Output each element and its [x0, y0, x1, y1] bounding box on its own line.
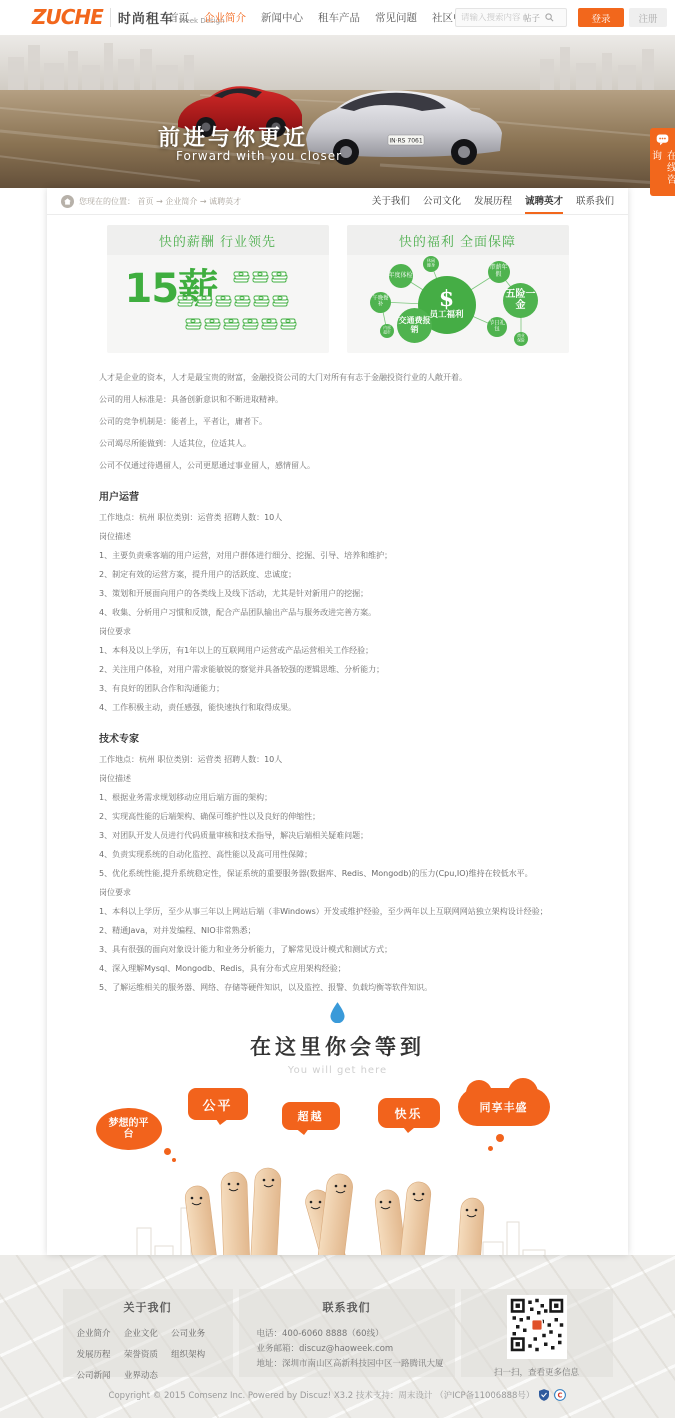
salary-perk-box: 快的薪酬 行业领先 15薪	[107, 225, 329, 353]
tab-contact[interactable]: 联系我们	[576, 188, 614, 214]
job-desc-item: 2、制定有效的运营方案，提升用户的活跃度、忠诚度；	[99, 569, 576, 581]
bubble-dot	[488, 1146, 493, 1151]
footer-link-history[interactable]: 发展历程	[77, 1348, 124, 1360]
search-category-dropdown[interactable]: 帖子	[523, 12, 540, 24]
footer-link-structure[interactable]: 组织架构	[171, 1348, 218, 1360]
svg-text:C: C	[558, 1392, 563, 1400]
job-meta: 工作地点：杭州 职位类别：运营类 招聘人数：10人	[99, 754, 576, 766]
security-shield-badge-icon[interactable]	[539, 1389, 549, 1401]
copyright-bar: Copyright © 2015 Comsenz Inc. Powered by…	[0, 1389, 675, 1401]
job-req-item: 1、本科及以上学历，有1年以上的互联网用户运营或产品运营相关工作经验；	[99, 645, 576, 657]
salary-perk-title: 快的薪酬 行业领先	[107, 225, 329, 255]
benefit-bubble-checkup: 年度体检	[389, 264, 413, 288]
welfare-perk-box: 快的福利 全面保障 $ 员工福利 年度体检	[347, 225, 569, 353]
fingers	[183, 1167, 484, 1255]
nav-item-home[interactable]: 首页	[168, 10, 189, 25]
footer-about-panel: 关于我们 企业简介 企业文化 公司业务 发展历程 荣誉资质 组织架构 公司新闻 …	[63, 1289, 233, 1377]
banner-scene: IN·RS 7061	[0, 35, 675, 188]
money-stack-icon	[234, 295, 251, 307]
money-stack-icon	[253, 295, 270, 307]
money-stack-row	[185, 318, 297, 330]
job-desc-item: 4、收集、分析用户习惯和反馈，配合产品团队输出产品与服务改进完善方案。	[99, 607, 576, 619]
license-plate: IN·RS 7061	[389, 138, 423, 145]
job-desc-label: 岗位描述	[99, 773, 576, 785]
money-stack-icon	[280, 318, 297, 330]
speech-bubble-fairness: 公平	[188, 1088, 248, 1120]
money-stack-icon	[252, 271, 269, 283]
home-icon	[61, 195, 74, 208]
footer-about-title: 关于我们	[63, 1299, 233, 1315]
money-stack-icon	[261, 318, 278, 330]
dollar-symbol: $	[439, 289, 454, 309]
expect-title: 在这里你会等到	[47, 1031, 628, 1061]
nav-item-products[interactable]: 租车产品	[318, 10, 360, 25]
money-stack-icon	[223, 318, 240, 330]
job-meta: 工作地点：杭州 职位类别：运营类 招聘人数：10人	[99, 512, 576, 524]
benefit-bubble-transport: 交通费报销	[397, 308, 432, 343]
nav-item-faq[interactable]: 常见问题	[375, 10, 417, 25]
top-navigation-bar: ZUCHE 时尚租车 Week Design 首页 企业简介 新闻中心 租车产品…	[0, 0, 675, 35]
speech-bubble-happiness: 快乐	[378, 1098, 440, 1128]
logo-text-en: ZUCHE	[32, 5, 103, 29]
job-req-item: 4、工作积极主动，责任感强，能快速执行和取得成果。	[99, 702, 576, 714]
online-consult-button[interactable]: 在线咨询	[650, 128, 675, 196]
section-tabs: 关于我们 公司文化 发展历程 诚聘英才 联系我们	[372, 188, 614, 214]
nav-item-company[interactable]: 企业简介	[204, 10, 246, 25]
money-stack-row	[177, 295, 289, 307]
water-drop-icon	[330, 1002, 345, 1023]
footer-contact-title: 联系我们	[239, 1299, 455, 1315]
job-title: 用户运营	[99, 488, 576, 503]
welfare-bubble-chart: $ 员工福利 年度体检 休闲健身 午晚餐补 内部超市 交通费报销 带薪年假 五险…	[347, 255, 569, 353]
footer-panels: 关于我们 企业简介 企业文化 公司业务 发展历程 荣誉资质 组织架构 公司新闻 …	[0, 1255, 675, 1377]
job-desc-label: 岗位描述	[99, 531, 576, 543]
page: ZUCHE 时尚租车 Week Design 首页 企业简介 新闻中心 租车产品…	[0, 0, 675, 1418]
benefit-bubble-meal: 午晚餐补	[370, 292, 391, 313]
qr-code	[507, 1295, 567, 1359]
job-req-item: 5、了解运维相关的服务器、网络、存储等硬件知识，以及监控、报警、负载均衡等软件知…	[99, 982, 576, 994]
job-listing-tech-expert: 技术专家 工作地点：杭州 职位类别：运营类 招聘人数：10人 岗位描述 1、根据…	[99, 730, 576, 994]
job-req-label: 岗位要求	[99, 887, 576, 899]
intro-paragraph: 人才是企业的资本，人才是最宝贵的财富，金融投资公司的大门对所有有志于金融投资行业…	[99, 371, 576, 384]
job-listing-user-operations: 用户运营 工作地点：杭州 职位类别：运营类 招聘人数：10人 岗位描述 1、主要…	[99, 488, 576, 714]
banner-title: 前进与你更近	[158, 121, 308, 152]
logo-brand: 时尚租车	[118, 12, 174, 27]
cloud-bubble-share: 同享丰盛	[458, 1088, 550, 1126]
job-req-item: 3、具有很强的面向对象设计能力和业务分析能力，了解常见设计模式和测试方式；	[99, 944, 576, 956]
content-card: 您现在的位置： 首页 → 企业简介 → 诚聘英才 关于我们 公司文化 发展历程 …	[47, 188, 628, 1255]
breadcrumb-separator: →	[200, 197, 207, 206]
bubble-dot	[496, 1134, 504, 1142]
footer-link-industry[interactable]: 业界动态	[124, 1369, 171, 1381]
thought-bubble-dream: 梦想的平台	[96, 1108, 162, 1150]
intro-paragraph: 公司不仅通过待遇留人，公司更愿通过事业留人，感情留人。	[99, 459, 576, 472]
main-nav: 首页 企业简介 新闻中心 租车产品 常见问题 社区中心	[168, 0, 474, 35]
footer-link-honors[interactable]: 荣誉资质	[124, 1348, 171, 1360]
breadcrumb-link-company[interactable]: 企业简介	[165, 197, 197, 206]
job-desc-item: 3、对团队开发人员进行代码质量审核和技术指导，解决后端相关疑难问题；	[99, 830, 576, 842]
footer-contact-panel: 联系我们 电话：400-6060 8888（60线） 业务邮箱：discuz@h…	[239, 1289, 455, 1377]
job-desc-item: 3、策划和开展面向用户的各类线上及线下活动，尤其是针对新用户的挖掘；	[99, 588, 576, 600]
benefit-bubble-commercial-ins: 商业保险	[514, 332, 528, 346]
money-stack-icon	[204, 318, 221, 330]
bubble-dot	[172, 1158, 176, 1162]
benefit-bubble-store: 内部超市	[380, 324, 394, 338]
expect-subtitle: You will get here	[47, 1065, 628, 1076]
finger-family-illustration	[47, 1162, 628, 1255]
breadcrumb: 您现在的位置： 首页 → 企业简介 → 诚聘英才	[61, 195, 372, 208]
tab-history[interactable]: 发展历程	[474, 188, 512, 214]
benefit-center-label: 员工福利	[429, 311, 463, 321]
company-intro: 人才是企业的资本，人才是最宝贵的财富，金融投资公司的大门对所有有志于金融投资行业…	[99, 371, 576, 472]
contact-email: 业务邮箱：discuz@haoweek.com	[239, 1342, 455, 1357]
nav-item-news[interactable]: 新闻中心	[261, 10, 303, 25]
job-desc-item: 1、根据业务需求规划移动应用后端方面的架构；	[99, 792, 576, 804]
footer-link-culture[interactable]: 企业文化	[124, 1327, 171, 1339]
money-stack-icon	[215, 295, 232, 307]
money-stack-icon	[271, 271, 288, 283]
benefit-bubble-holiday-gift: 节日礼包	[487, 317, 507, 337]
login-button[interactable]: 登录	[578, 8, 624, 27]
hero-banner: IN·RS 7061 前进与你更近 Forward with you close…	[0, 35, 675, 188]
job-desc-item: 1、主要负责乘客端的用户运营，对用户群体进行细分、挖掘、引导、培养和维护；	[99, 550, 576, 562]
breadcrumb-text: 您现在的位置： 首页 → 企业简介 → 诚聘英才	[79, 196, 241, 207]
job-req-item: 3、有良好的团队合作和沟通能力；	[99, 683, 576, 695]
breadcrumb-separator: →	[156, 197, 163, 206]
footer-qr-panel: 扫一扫，查看更多信息	[461, 1289, 613, 1377]
job-req-label: 岗位要求	[99, 626, 576, 638]
job-desc-item: 5、优化系统性能,提升系统稳定性，保证系统的重要服务器(数据库、Redis、Mo…	[99, 868, 576, 880]
intro-paragraph: 公司竭尽所能做到：人适其位，位适其人。	[99, 437, 576, 450]
intro-paragraph: 公司的竞争机制是：能者上，平者让，庸者下。	[99, 415, 576, 428]
contact-address: 地址：深圳市南山区高新科技园中区一路腾讯大厦	[239, 1357, 455, 1372]
money-stack-icon	[233, 271, 250, 283]
benefit-bubble-fitness: 休闲健身	[423, 256, 439, 272]
welfare-perk-title: 快的福利 全面保障	[347, 225, 569, 255]
money-stack-icon	[177, 295, 194, 307]
footer-link-business[interactable]: 公司业务	[171, 1327, 218, 1339]
breadcrumb-prefix: 您现在的位置：	[79, 197, 135, 206]
job-title: 技术专家	[99, 730, 576, 745]
perks-section: 快的薪酬 行业领先 15薪	[47, 225, 628, 353]
expect-bubbles: 梦想的平台 公平 超越 快乐 同享丰盛	[68, 1086, 608, 1168]
money-stack-icon	[272, 295, 289, 307]
job-req-item: 2、关注用户体验，对用户需求能敏锐的察觉并具备较强的逻辑思维、分析能力；	[99, 664, 576, 676]
register-button[interactable]: 注册	[629, 8, 667, 27]
job-desc-item: 4、负责实现系统的自动化监控、高性能以及高可用性保障；	[99, 849, 576, 861]
contact-phone: 电话：400-6060 8888（60线）	[239, 1327, 455, 1342]
consult-label: 在线咨询	[648, 150, 675, 196]
footer-about-links: 企业简介 企业文化 公司业务 发展历程 荣誉资质 组织架构 公司新闻 业界动态	[63, 1327, 233, 1381]
salary-perk-body: 15薪	[107, 255, 329, 353]
job-req-item: 1、本科以上学历，至少从事三年以上网站后端（非Windows）开发或维护经验，至…	[99, 906, 576, 918]
qr-caption: 扫一扫，查看更多信息	[494, 1366, 579, 1378]
expect-section: 在这里你会等到 You will get here 梦想的平台 公平 超越 快乐…	[47, 1002, 628, 1255]
job-req-item: 2、精通Java，对并发编程、NIO非常熟悉；	[99, 925, 576, 937]
intro-paragraph: 公司的用人标准是：具备创新意识和不断进取精神。	[99, 393, 576, 406]
breadcrumb-current[interactable]: 诚聘英才	[209, 197, 241, 206]
money-stack-row	[233, 271, 288, 283]
footer-link-company-intro[interactable]: 企业简介	[77, 1327, 124, 1339]
benefit-bubble-insurance-fund: 五险一金	[503, 283, 538, 318]
job-req-item: 4、深入理解Mysql、Mongodb、Redis，具有分布式应用架构经验；	[99, 963, 576, 975]
copyright-text: Copyright © 2015 Comsenz Inc. Powered by…	[109, 1389, 535, 1401]
benefit-bubble-annual-leave: 带薪年假	[488, 261, 510, 283]
search-box: 帖子	[455, 8, 567, 27]
breadcrumb-row: 您现在的位置： 首页 → 企业简介 → 诚聘英才 关于我们 公司文化 发展历程 …	[47, 188, 628, 215]
job-desc-item: 2、实现高性能的后端架构、确保可维护性以及良好的伸缩性；	[99, 811, 576, 823]
speech-bubble-surpass: 超越	[282, 1102, 340, 1130]
tab-culture[interactable]: 公司文化	[423, 188, 461, 214]
icp-credit-badge-icon[interactable]: C	[554, 1389, 566, 1401]
money-stack-icon	[196, 295, 213, 307]
bubble-dot	[164, 1148, 171, 1155]
search-icon[interactable]	[545, 13, 554, 22]
search-input[interactable]	[461, 13, 523, 23]
money-stack-icon	[242, 318, 259, 330]
chat-bubble-icon	[656, 134, 669, 146]
money-stack-icon	[185, 318, 202, 330]
tab-recruit[interactable]: 诚聘英才	[525, 188, 563, 214]
footer-link-news[interactable]: 公司新闻	[77, 1369, 124, 1381]
footer: 关于我们 企业简介 企业文化 公司业务 发展历程 荣誉资质 组织架构 公司新闻 …	[0, 1255, 675, 1418]
banner-subtitle: Forward with you closer	[176, 149, 342, 163]
tab-about-us[interactable]: 关于我们	[372, 188, 410, 214]
breadcrumb-link-home[interactable]: 首页	[138, 197, 154, 206]
